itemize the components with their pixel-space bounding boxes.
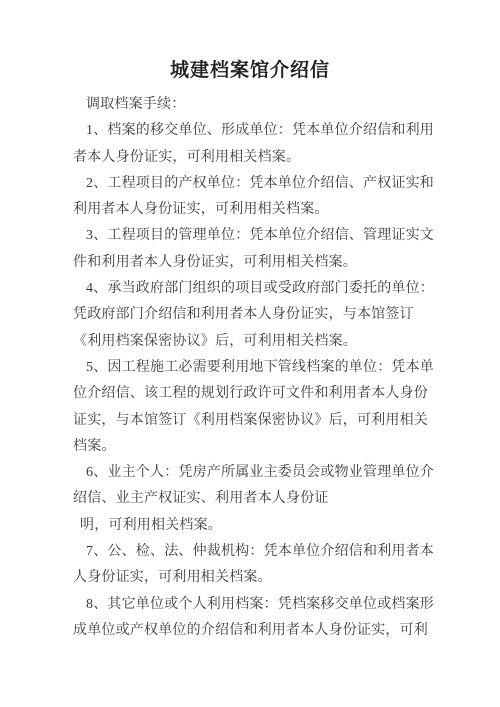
document-line: 2、工程项目的产权单位：凭本单位介绍信、产权证实和 [73, 171, 438, 197]
document-line: 者本人身份证实，可利用相关档案。 [73, 145, 438, 171]
document-page: 城建档案馆介绍信 调取档案手续：1、档案的移交单位、形成单位：凭本单位介绍信和利… [0, 0, 500, 707]
document-line: 档案。 [73, 434, 438, 460]
document-line: 4、承当政府部门组织的项目或受政府部门委托的单位： [73, 276, 438, 302]
document-line: 件和利用者本人身份证实，可利用相关档案。 [73, 250, 438, 276]
document-line: 7、公、检、法、仲裁机构：凭本单位介绍信和利用者本 [73, 539, 438, 565]
document-line: 8、其它单位或个人利用档案：凭档案移交单位或档案形 [73, 592, 438, 618]
document-line: 成单位或产权单位的介绍信和利用者本人身份证实，可利 [73, 618, 438, 644]
document-line: 《利用档案保密协议》后，可利用相关档案。 [73, 329, 438, 355]
document-line: 调取档案手续： [73, 92, 438, 118]
document-line: 绍信、业主产权证实、利用者本人身份证 [73, 486, 438, 512]
document-line: 1、档案的移交单位、形成单位：凭本单位介绍信和利用 [73, 118, 438, 144]
document-line: 明，可利用相关档案。 [73, 513, 438, 539]
document-line: 5、因工程施工必需要利用地下管线档案的单位：凭本单 [73, 355, 438, 381]
document-line: 人身份证实，可利用相关档案。 [73, 565, 438, 591]
document-title: 城建档案馆介绍信 [0, 0, 500, 85]
document-line: 位介绍信、该工程的规划行政许可文件和利用者本人身份 [73, 381, 438, 407]
document-body: 调取档案手续：1、档案的移交单位、形成单位：凭本单位介绍信和利用者本人身份证实，… [73, 92, 438, 644]
document-line: 凭政府部门介绍信和利用者本人身份证实，与本馆签订 [73, 302, 438, 328]
document-line: 6、业主个人：凭房产所属业主委员会或物业管理单位介 [73, 460, 438, 486]
document-line: 3、工程项目的管理单位：凭本单位介绍信、管理证实文 [73, 223, 438, 249]
document-line: 证实，与本馆签订《利用档案保密协议》后，可利用相关 [73, 408, 438, 434]
document-line: 利用者本人身份证实，可利用相关档案。 [73, 197, 438, 223]
